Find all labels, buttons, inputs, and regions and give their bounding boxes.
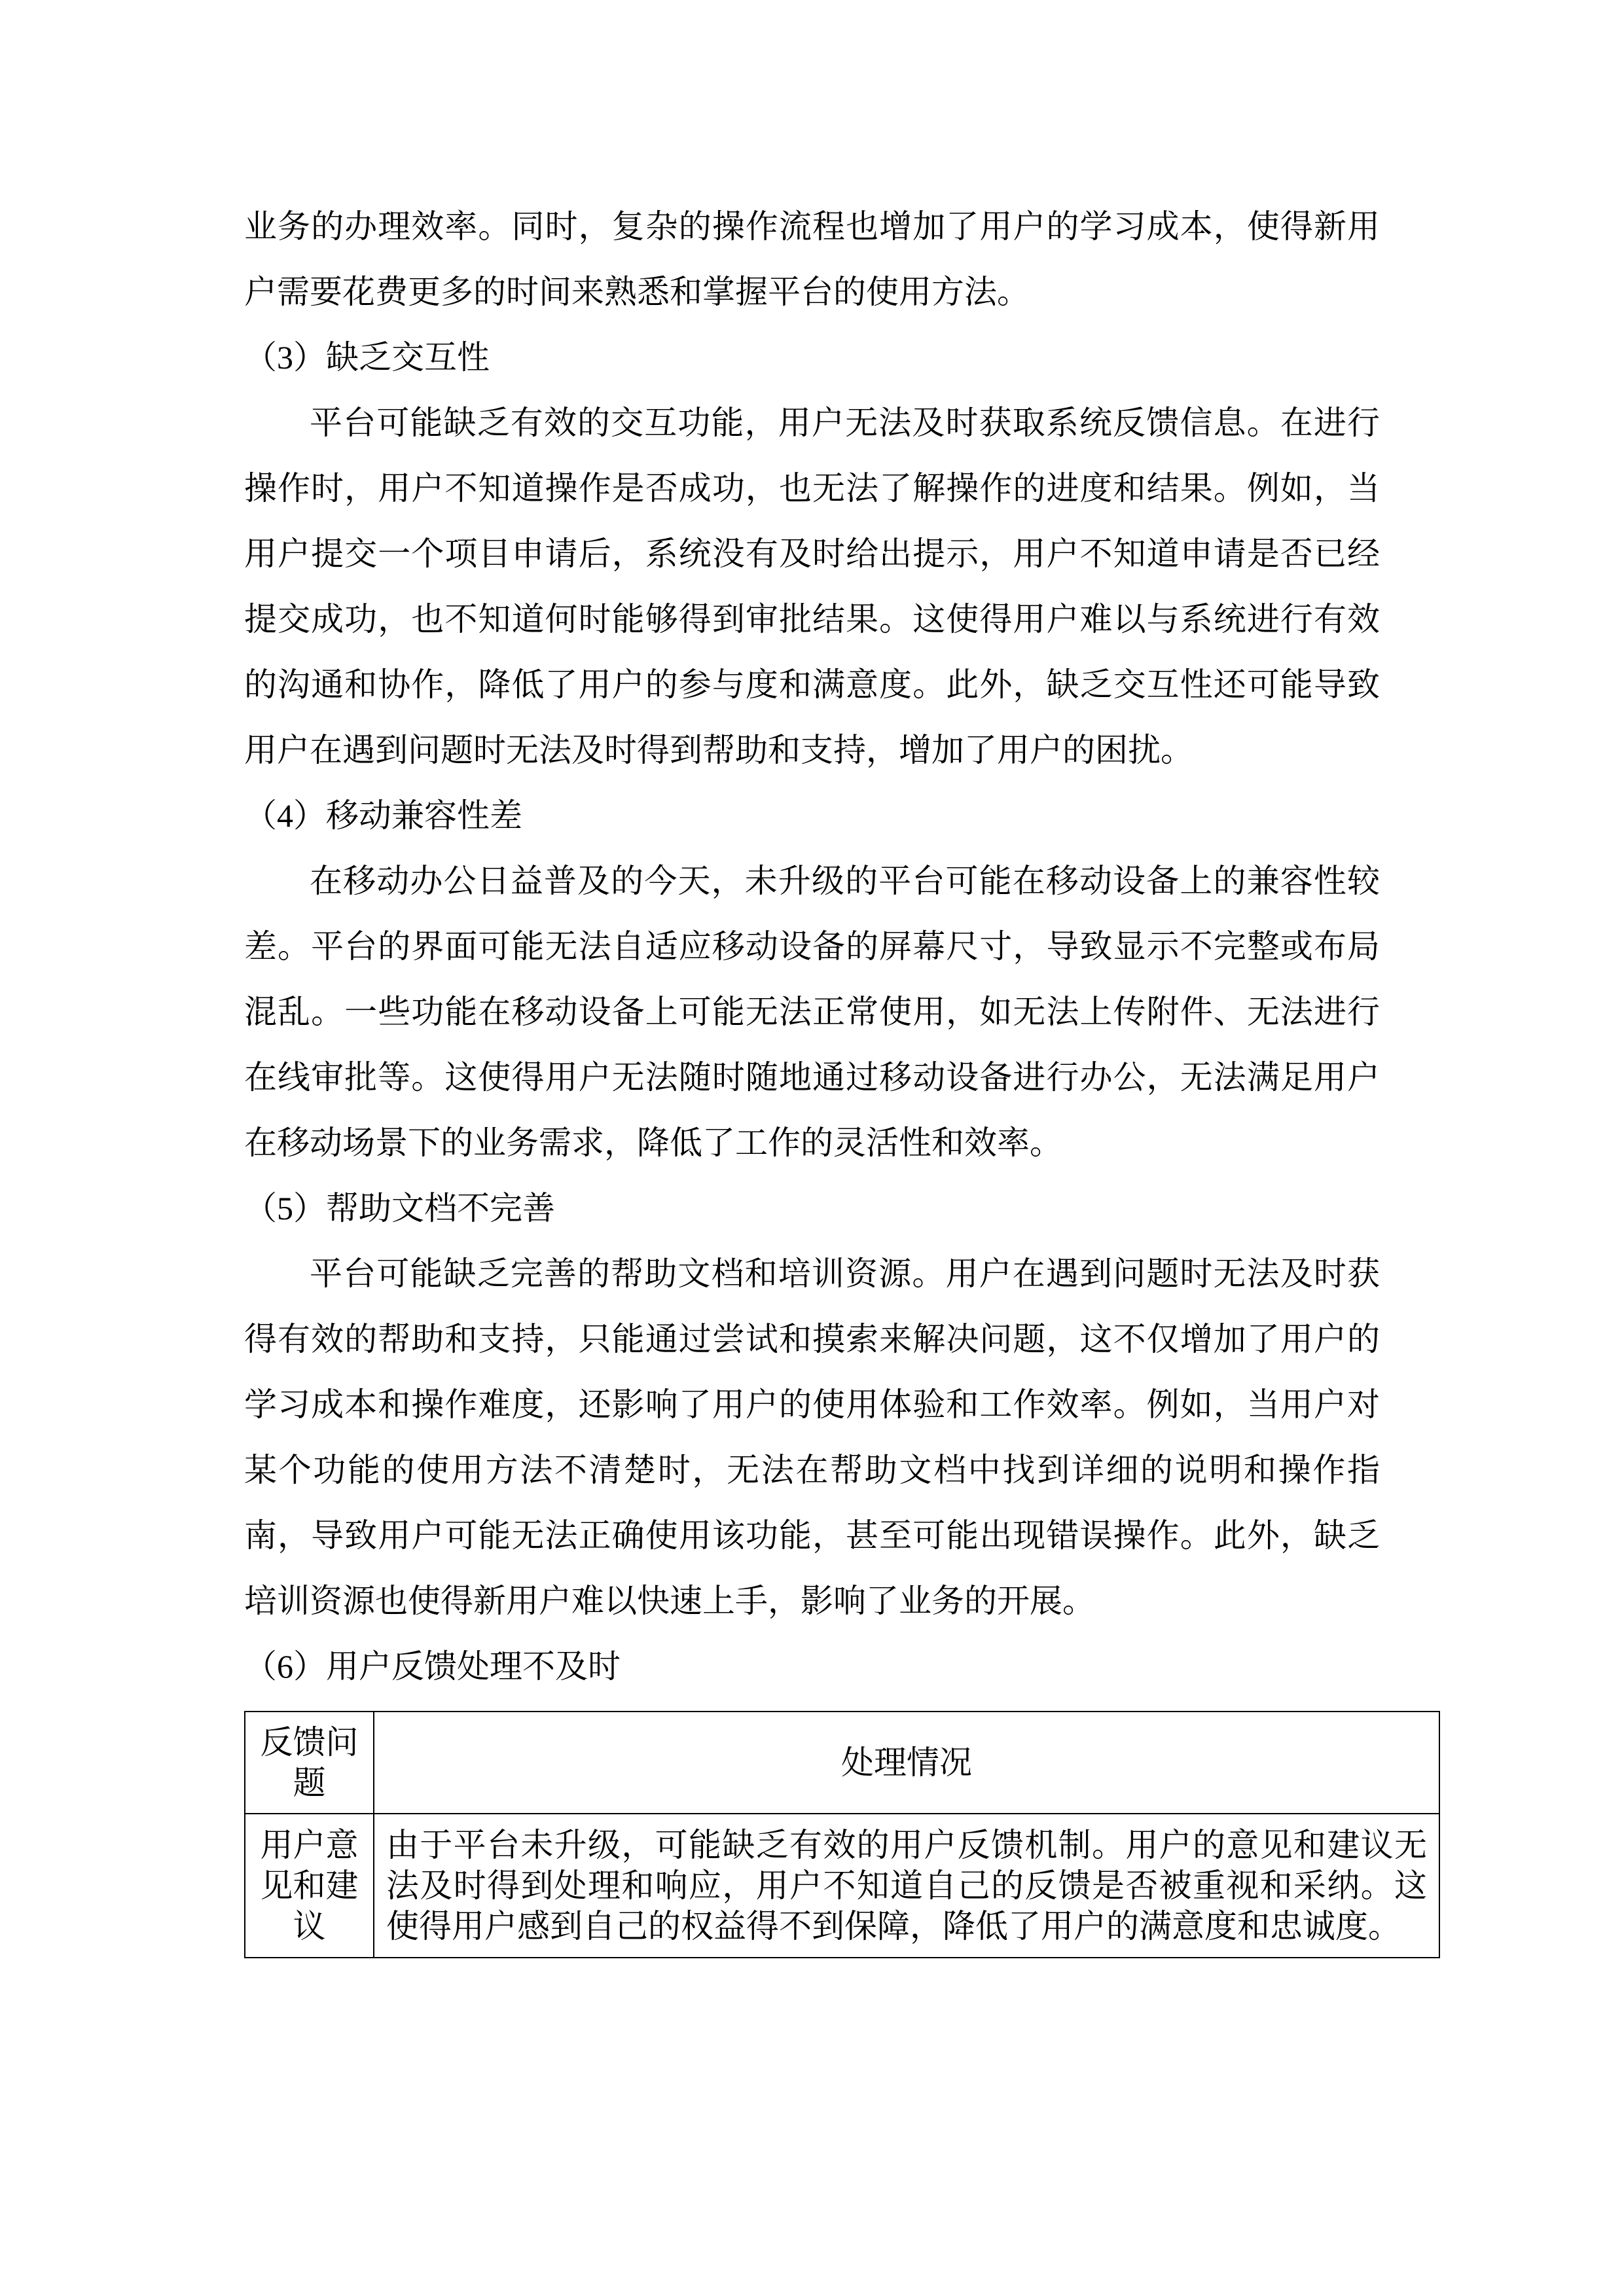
feedback-table: 反馈问题 处理情况 用户意见和建议 由于平台未升级，可能缺乏有效的用户反馈机制。…: [244, 1711, 1440, 1958]
paragraph-incomplete-help-docs: 平台可能缺乏完善的帮助文档和培训资源。用户在遇到问题时无法及时获得有效的帮助和支…: [244, 1241, 1380, 1634]
table-header-feedback-issue: 反馈问题: [245, 1712, 374, 1814]
section-heading-4: （4）移动兼容性差: [244, 783, 1380, 848]
table-cell-handling-status: 由于平台未升级，可能缺乏有效的用户反馈机制。用户的意见和建议无法及时得到处理和响…: [374, 1814, 1439, 1958]
document-page: 业务的办理效率。同时，复杂的操作流程也增加了用户的学习成本，使得新用户需要花费更…: [0, 0, 1624, 2296]
section-heading-6: （6）用户反馈处理不及时: [244, 1634, 1380, 1699]
table-cell-feedback-issue: 用户意见和建议: [245, 1814, 374, 1958]
paragraph-poor-mobile-compatibility: 在移动办公日益普及的今天，未升级的平台可能在移动设备上的兼容性较差。平台的界面可…: [244, 848, 1380, 1175]
document-body: 业务的办理效率。同时，复杂的操作流程也增加了用户的学习成本，使得新用户需要花费更…: [244, 194, 1380, 1958]
section-heading-5: （5）帮助文档不完善: [244, 1175, 1380, 1241]
table-row: 用户意见和建议 由于平台未升级，可能缺乏有效的用户反馈机制。用户的意见和建议无法…: [245, 1814, 1439, 1958]
table-header-handling-status: 处理情况: [374, 1712, 1439, 1814]
paragraph-continuation: 业务的办理效率。同时，复杂的操作流程也增加了用户的学习成本，使得新用户需要花费更…: [244, 194, 1380, 325]
table-header-row: 反馈问题 处理情况: [245, 1712, 1439, 1814]
section-heading-3: （3）缺乏交互性: [244, 325, 1380, 390]
paragraph-lack-of-interactivity: 平台可能缺乏有效的交互功能，用户无法及时获取系统反馈信息。在进行操作时，用户不知…: [244, 390, 1380, 783]
